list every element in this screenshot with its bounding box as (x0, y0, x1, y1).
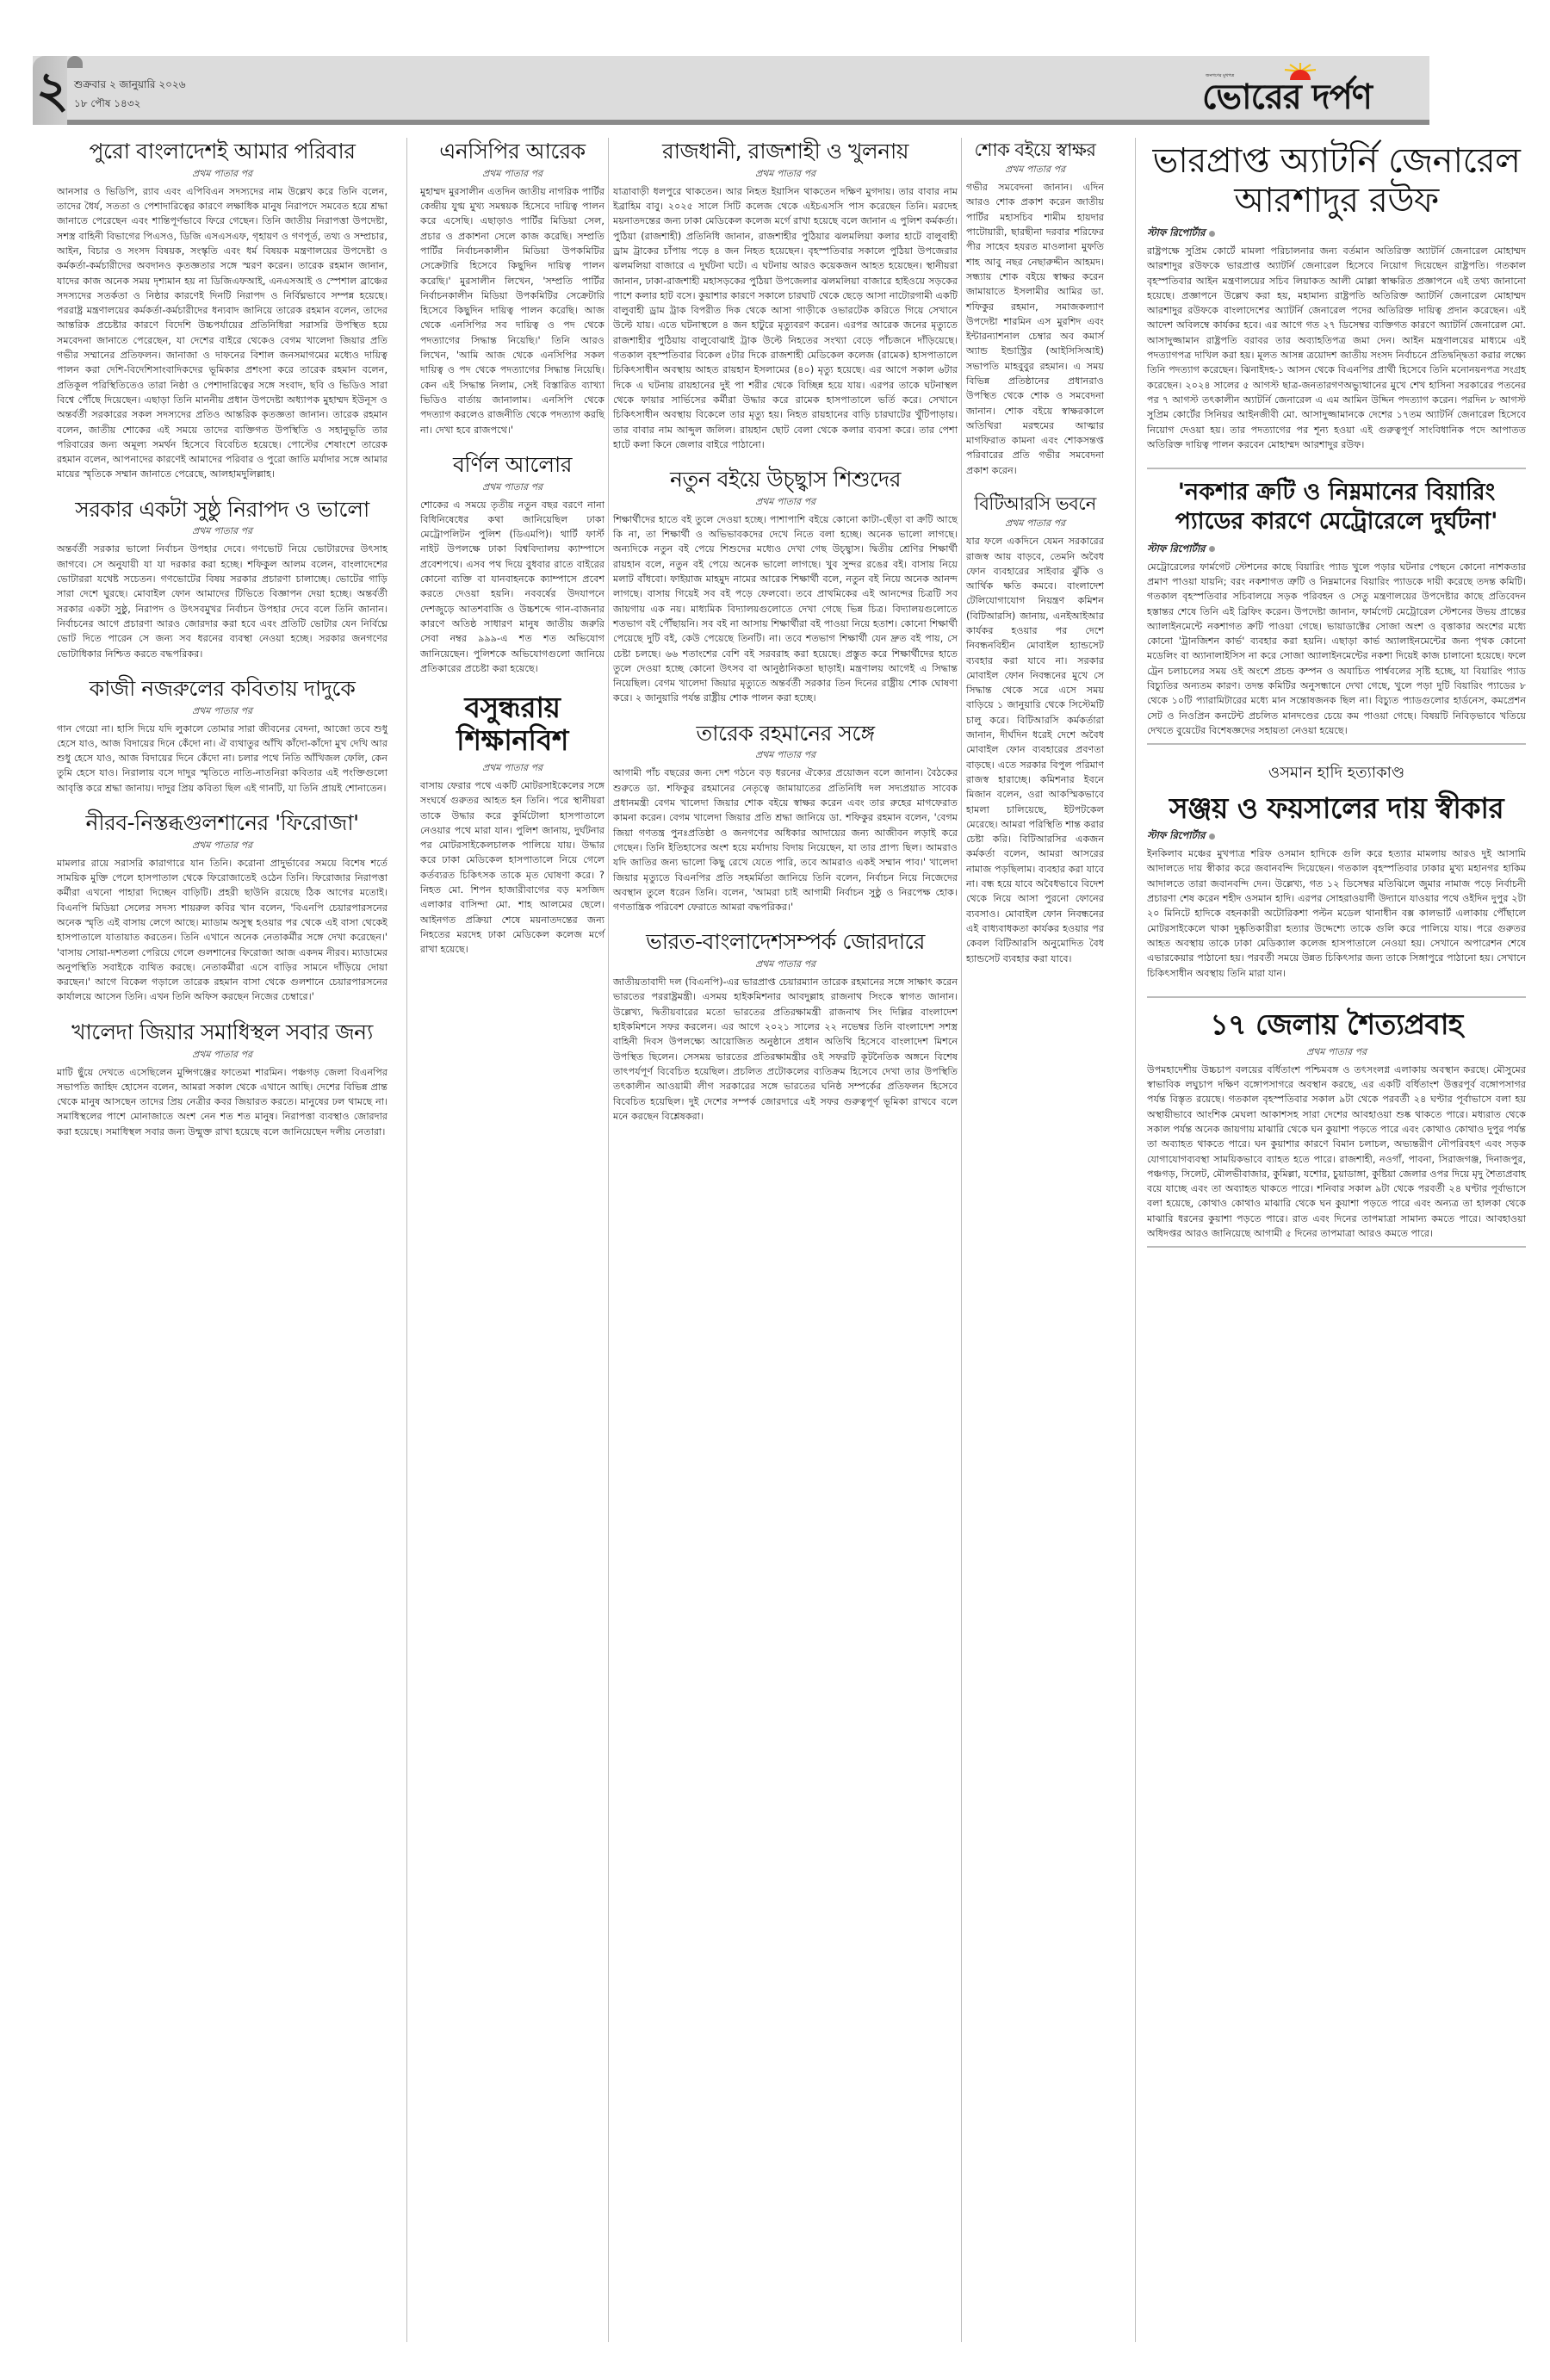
continued-from-label: প্রথম পাতার পর (613, 747, 958, 764)
story-body: আনসার ও ভিডিপি, র‍্যাব এবং এপিবিএন সদস্য… (57, 184, 387, 482)
story-body: মুহাম্মদ মুরসালীন এতদিন জাতীয় নাগরিক পা… (420, 184, 604, 437)
story-metrorail: 'নকশার ক্রটি ও নিম্নমানের বিয়ারিং প্যাড… (1147, 468, 1526, 745)
story-hadi: ওসমান হাদি হত্যাকাণ্ড সঞ্জয় ও ফয়সালের … (1147, 760, 1526, 981)
story-body: শোকের এ সময়ে তৃতীয় নতুন বছর বরণে নানা … (420, 498, 604, 677)
page-curl-decoration (67, 56, 83, 68)
headline: ভারত-বাংলাদেশসম্পর্ক জোরদারে (613, 930, 958, 955)
story-nazrul: কাজী নজরুলের কবিতায় দাদুকে প্রথম পাতার … (57, 677, 387, 796)
story-body: মেট্রোরেলের ফার্মগেট স্টেশনের কাছে বিয়া… (1147, 560, 1526, 739)
story-body: শিক্ষার্থীদের হাতে বই তুলে দেওয়া হচ্ছে।… (613, 512, 958, 706)
continued-from-label: প্রথম পাতার পর (613, 494, 958, 511)
headline: 'নকশার ক্রটি ও নিম্নমানের বিয়ারিং প্যাড… (1147, 478, 1526, 536)
story-body: গভীর সমবেদনা জানান। এদিন আরও শোক প্রকাশ … (966, 180, 1104, 478)
story-body: জাতীয়তাবাদী দল (বিএনপি)-এর ভারপ্রাপ্ত চ… (613, 975, 958, 1124)
headline: পুরো বাংলাদেশই আমার পরিবার (57, 139, 387, 164)
newspaper-logo: জনগণের মুখপত্র ভোরের দর্পণ (1187, 58, 1376, 121)
story-body: যার ফলে একদিনে যেমন সরকারের রাজস্ব আয় ব… (966, 534, 1104, 966)
byline: স্টাফ রিপোর্টার (1147, 828, 1526, 845)
byline-text: স্টাফ রিপোর্টার (1147, 829, 1206, 841)
headline: বর্ণিল আলোর (420, 453, 604, 478)
headline: কাজী নজরুলের কবিতায় দাদুকে (57, 677, 387, 702)
story-body: মামলার রায়ে সরাসরি কারাগারে যান তিনি। ক… (57, 856, 387, 1005)
headline: বিটিআরসি ভবনে (966, 493, 1104, 514)
continued-from-label: প্রথম পাতার পর (613, 166, 958, 183)
story-feroza: নীরব-নিস্তব্ধগুলশানের 'ফিরোজা' প্রথম পাত… (57, 811, 387, 1005)
story-india-bangladesh: ভারত-বাংলাদেশসম্পর্ক জোরদারে প্রথম পাতার… (613, 930, 958, 1124)
column-5: ভারপ্রাপ্ত অ্যাটর্নি জেনারেল আরশাদুর রউফ… (1147, 136, 1526, 1263)
byline: স্টাফ রিপোর্টার (1147, 226, 1526, 242)
story-body: আগামী পাঁচ বছরের জন্য দেশ গঠনে বড় ধরনের… (613, 765, 958, 914)
column-3: রাজধানী, রাজশাহী ও খুলনায় প্রথম পাতার প… (613, 136, 958, 1139)
continued-from-label: প্রথম পাতার পর (57, 838, 387, 854)
headline: তারেক রহমানের সঙ্গে (613, 722, 958, 747)
headline: ১৭ জেলায় শৈত্যপ্রবাহ (1147, 1008, 1526, 1041)
story-bashundhara: বসুন্ধরায় শিক্ষানবিশ প্রথম পাতার পর বাস… (420, 691, 604, 957)
column-1: পুরো বাংলাদেশই আমার পরিবার প্রথম পাতার প… (57, 136, 387, 1155)
continued-from-label: প্রথম পাতার পর (57, 524, 387, 540)
continued-from-label: প্রথম পাতার পর (966, 162, 1104, 178)
headline: বসুন্ধরায় শিক্ষানবিশ (420, 691, 604, 757)
date-bengali: ১৮ পৌষ ১৪৩২ (74, 94, 186, 113)
story-shok-boi: শোক বইয়ে স্বাক্ষর প্রথম পাতার পর গভীর স… (966, 139, 1104, 478)
continued-from-label: প্রথম পাতার পর (57, 166, 387, 183)
headline: খালেদা জিয়ার সমাধিস্থল সবার জন্য (57, 1020, 387, 1045)
continued-from-label: প্রথম পাতার পর (57, 703, 387, 720)
headline: সরকার একটা সুষ্ঠু নিরাপদ ও ভালো (57, 498, 387, 523)
byline-text: স্টাফ রিপোর্টার (1147, 226, 1206, 239)
column-divider (1135, 138, 1136, 2342)
bullet-icon (1209, 231, 1215, 237)
story-body: ইনকিলাব মঞ্চের মুখপাত্র শরিফ ওসমান হাদিক… (1147, 846, 1526, 981)
byline-text: স্টাফ রিপোর্টার (1147, 542, 1206, 555)
story-body: মাটি ছুঁয়ে দেখতে এসেছিলেন মুন্সিগঞ্জের … (57, 1065, 387, 1139)
story-barnil: বর্ণিল আলোর প্রথম পাতার পর শোকের এ সময়ে… (420, 453, 604, 676)
headline: শোক বইয়ে স্বাক্ষর (966, 139, 1104, 160)
continued-from-label: প্রথম পাতার পর (420, 760, 604, 777)
story-notun-boi: নতুন বইয়ে উচ্ছ্বাস শিশুদের প্রথম পাতার … (613, 468, 958, 706)
headline: ভারপ্রাপ্ত অ্যাটর্নি জেনারেল আরশাদুর রউফ (1147, 141, 1526, 220)
continued-from-label: প্রথম পাতার পর (420, 480, 604, 496)
headline: নীরব-নিস্তব্ধগুলশানের 'ফিরোজা' (57, 811, 387, 836)
dateline: শুক্রবার ২ জানুয়ারি ২০২৬ ১৮ পৌষ ১৪৩২ (74, 75, 186, 113)
story-khaleda-grave: খালেদা জিয়ার সমাধিস্থল সবার জন্য প্রথম … (57, 1020, 387, 1139)
continued-from-label: প্রথম পাতার পর (57, 1047, 387, 1063)
story-body: যাত্রাবাড়ী ধলপুরে থাকতেন। আর নিহত ইয়াস… (613, 184, 958, 452)
story-body: উপমহাদেশীয় উচ্চচাপ বলয়ের বর্ধিতাংশ পশ্… (1147, 1063, 1526, 1242)
story-body: অন্তর্বর্তী সরকার ভালো নির্বাচন উপহার দে… (57, 542, 387, 660)
date-gregorian: শুক্রবার ২ জানুয়ারি ২০২৬ (74, 75, 186, 94)
bullet-icon (1209, 834, 1215, 840)
continued-from-label: প্রথম পাতার পর (420, 166, 604, 183)
page-number: ২ (36, 61, 69, 118)
continued-from-label: প্রথম পাতার পর (1147, 1044, 1526, 1061)
logo-name: ভোরের দর্পণ (1202, 77, 1372, 118)
headline: সঞ্জয় ও ফয়সালের দায় স্বীকার (1147, 792, 1526, 825)
story-tareq: তারেক রহমানের সঙ্গে প্রথম পাতার পর আগামী… (613, 722, 958, 915)
column-2: এনসিপির আরেক প্রথম পাতার পর মুহাম্মদ মুর… (420, 136, 604, 973)
story-btrc: বিটিআরসি ভবনে প্রথম পাতার পর যার ফলে একদ… (966, 493, 1104, 966)
column-divider (608, 138, 609, 2342)
story-attorney-general: ভারপ্রাপ্ত অ্যাটর্নি জেনারেল আরশাদুর রউফ… (1147, 141, 1526, 452)
bullet-icon (1209, 546, 1215, 552)
column-4: শোক বইয়ে স্বাক্ষর প্রথম পাতার পর গভীর স… (966, 136, 1104, 982)
story-ncp: এনসিপির আরেক প্রথম পাতার পর মুহাম্মদ মুর… (420, 139, 604, 437)
story-rajdhani: রাজধানী, রাজশাহী ও খুলনায় প্রথম পাতার প… (613, 139, 958, 452)
headline: রাজধানী, রাজশাহী ও খুলনায় (613, 139, 958, 164)
byline: স্টাফ রিপোর্টার (1147, 542, 1526, 558)
overline: ওসমান হাদি হত্যাকাণ্ড (1147, 760, 1526, 787)
page-number-tab: ২ (33, 56, 67, 125)
story-body: গান গেয়ো না। হাসি দিয়ে যদি লুকালে তোমা… (57, 722, 387, 796)
masthead: ২ শুক্রবার ২ জানুয়ারি ২০২৬ ১৮ পৌষ ১৪৩২ … (33, 56, 1429, 125)
story-body: বাসায় ফেরার পথে একটি মোটরসাইকেলের সঙ্গে… (420, 778, 604, 958)
column-divider (961, 138, 962, 2342)
story-puro-bangladesh: পুরো বাংলাদেশই আমার পরিবার প্রথম পাতার প… (57, 139, 387, 482)
continued-from-label: প্রথম পাতার পর (613, 957, 958, 973)
headline: নতুন বইয়ে উচ্ছ্বাস শিশুদের (613, 468, 958, 493)
story-sarkar: সরকার একটা সুষ্ঠু নিরাপদ ও ভালো প্রথম পা… (57, 498, 387, 661)
continued-from-label: প্রথম পাতার পর (966, 516, 1104, 532)
column-divider (406, 138, 407, 2342)
story-cold-wave: ১৭ জেলায় শৈত্যপ্রবাহ প্রথম পাতার পর উপম… (1147, 996, 1526, 1249)
story-body: রাষ্ট্রপক্ষে সুপ্রিম কোর্টে মামলা পরিচাল… (1147, 244, 1526, 452)
headline: এনসিপির আরেক (420, 139, 604, 164)
